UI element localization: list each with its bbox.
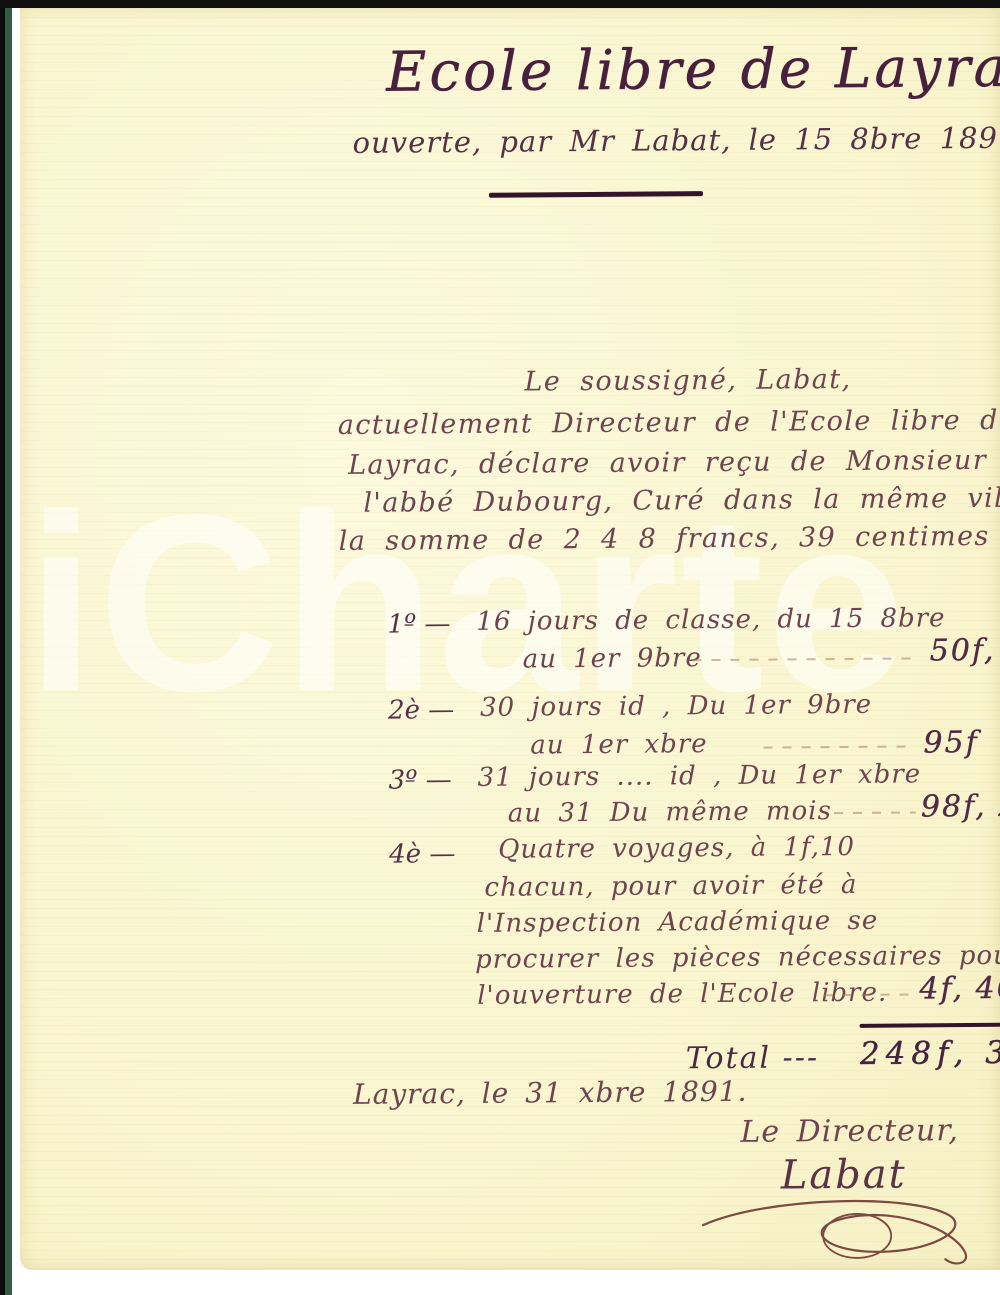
paper-sheet: iCharte Ecole libre de Layrac. ouverte, … — [20, 8, 1000, 1270]
signature-flourish — [697, 1193, 988, 1270]
item-4-line-1: Quatre voyages, à 1f,10 — [498, 832, 855, 865]
intro-line-4: l'abbé Dubourg, Curé dans la même ville, — [363, 482, 1000, 518]
intro-line-3: Layrac, déclare avoir reçu de Monsieur — [348, 445, 987, 481]
total-label: Total --- — [686, 1040, 820, 1076]
total-rule — [860, 1023, 1000, 1028]
item-4-number: 4è — — [389, 839, 455, 870]
document-title: Ecole libre de Layrac. — [386, 34, 1000, 103]
item-2-number: 2è — — [388, 695, 454, 726]
signature-name: Labat — [781, 1152, 907, 1199]
scan-edge-black-strip — [0, 0, 5, 1295]
item-3-line-1: 31 jours .... id , Du 1er xbre — [477, 759, 921, 792]
item-2-leader-dashes — [763, 745, 911, 748]
item-1-line-1: 16 jours de classe, du 15 8bre — [476, 603, 945, 637]
item-2-line-1: 30 jours id , Du 1er 9bre — [480, 690, 872, 723]
item-3-amount: 98f, 27 — [921, 788, 1000, 824]
item-3-leader-dashes — [834, 811, 916, 814]
item-1-number: 1º — — [387, 609, 450, 639]
scanned-document-page: iCharte Ecole libre de Layrac. ouverte, … — [0, 0, 1000, 1295]
item-4-amount: 4f, 40 — [919, 971, 1000, 1007]
item-2-line-2: au 1er xbre — [530, 729, 707, 760]
manuscript-content: Ecole libre de Layrac. ouverte, par Mr L… — [20, 8, 1000, 1270]
item-2-amount: 95f — [923, 725, 979, 760]
intro-line-2: actuellement Directeur de l'Ecole libre … — [338, 405, 1000, 441]
item-4-line-2: chacun, pour avoir été à — [484, 870, 857, 903]
director-line: Le Directeur, — [740, 1113, 959, 1150]
header-underline — [489, 191, 703, 198]
document-subtitle: ouverte, par Mr Labat, le 15 8bre 1891 - — [352, 120, 1000, 159]
item-3-number: 3º — — [388, 765, 451, 795]
item-1-leader-dashes — [693, 657, 911, 661]
item-1-amount: 50f, 75 — [929, 632, 1000, 668]
item-4-line-3: l'Inspection Académique se — [477, 906, 879, 939]
item-4-line-4: procurer les pièces nécessaires pour — [475, 941, 1000, 975]
item-3-line-2: au 31 Du même mois — [508, 796, 832, 829]
item-4-leader-dashes — [823, 993, 913, 996]
place-date-line: Layrac, le 31 xbre 1891. — [353, 1075, 748, 1111]
total-amount: 248f, 39 — [860, 1035, 1000, 1072]
scan-edge-top-strip — [0, 0, 1000, 8]
item-1-line-2: au 1er 9bre — [523, 643, 702, 674]
intro-line-1: Le soussigné, Labat, — [524, 364, 851, 398]
scan-edge-green-strip — [4, 0, 12, 1295]
intro-line-5: la somme de 2 4 8 francs, 39 centimes po… — [339, 520, 1000, 557]
